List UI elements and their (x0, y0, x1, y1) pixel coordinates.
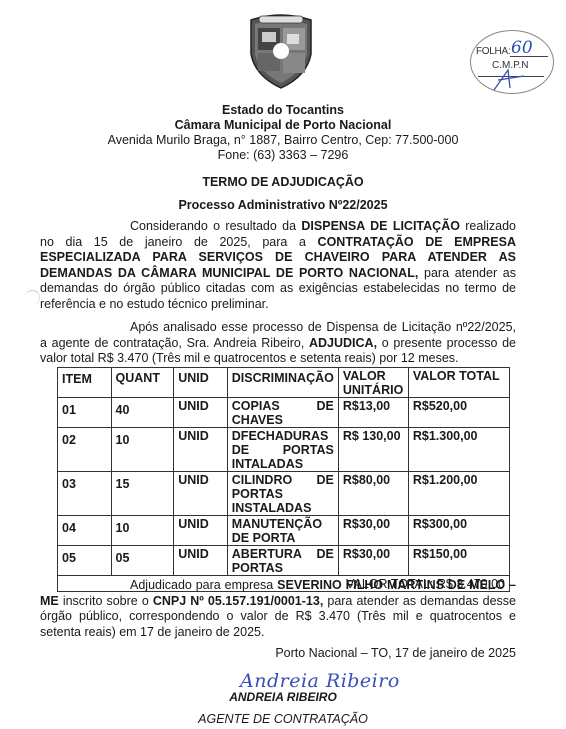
description-cell: MANUTENÇÃO DE PORTA (227, 516, 338, 546)
page-stamp: FOLHA: 60 C.M.P.N (470, 30, 554, 94)
description-cell: ABERTURA DE PORTAS (227, 546, 338, 576)
column-header: DISCRIMINAÇÃO (227, 368, 338, 398)
total-price-cell: R$1.300,00 (408, 428, 509, 472)
description-cell: CILINDRO DE PORTAS INSTALADAS (227, 472, 338, 516)
stamp-line (510, 56, 548, 57)
item-cell: 01 (58, 398, 112, 428)
unit-price-cell: R$30,00 (338, 546, 408, 576)
unit-price-cell: R$80,00 (338, 472, 408, 516)
stamp-page-number: 60 (511, 38, 533, 58)
column-header: VALOR UNITÁRIO (338, 368, 408, 398)
stamp-initials-signature (490, 66, 530, 92)
paragraph-adjudica: Após analisado esse processo de Dispensa… (40, 320, 516, 367)
handwritten-signature: Andreia Ribeiro (240, 670, 400, 692)
quantity-cell: 10 (111, 428, 174, 472)
text: Adjudicado para empresa (130, 578, 277, 592)
unit-price-cell: R$13,00 (338, 398, 408, 428)
total-price-cell: R$1.200,00 (408, 472, 509, 516)
unit-cell: UNID (174, 398, 228, 428)
quantity-cell: 05 (111, 546, 174, 576)
unit-cell: UNID (174, 516, 228, 546)
description-cell: DFECHADURAS DE PORTAS INTALADAS (227, 428, 338, 472)
text: inscrito sobre o (59, 594, 153, 608)
item-cell: 05 (58, 546, 112, 576)
description-cell: COPIAS DE CHAVES (227, 398, 338, 428)
table-row: 0505UNIDABERTURA DE PORTASR$30,00R$150,0… (58, 546, 510, 576)
text-bold: DISPENSA DE LICITAÇÃO (301, 219, 460, 233)
column-header: VALOR TOTAL (408, 368, 509, 398)
quantity-cell: 10 (111, 516, 174, 546)
document-subtitle: Processo Administrativo Nº22/2025 (0, 198, 566, 212)
header-institution: Câmara Municipal de Porto Nacional (0, 118, 566, 132)
quantity-cell: 15 (111, 472, 174, 516)
total-price-cell: R$150,00 (408, 546, 509, 576)
table-row: 0410UNIDMANUTENÇÃO DE PORTAR$30,00R$300,… (58, 516, 510, 546)
item-cell: 03 (58, 472, 112, 516)
items-table: ITEM QUANT UNID DISCRIMINAÇÃO VALOR UNIT… (57, 367, 510, 592)
column-header: ITEM (58, 368, 112, 398)
punch-hole-mark (25, 290, 40, 305)
item-cell: 02 (58, 428, 112, 472)
table-row: 0140UNIDCOPIAS DE CHAVESR$13,00R$520,00 (58, 398, 510, 428)
stamp-label: FOLHA: (476, 46, 510, 57)
paragraph-considerando: Considerando o resultado da DISPENSA DE … (40, 219, 516, 312)
total-price-cell: R$300,00 (408, 516, 509, 546)
unit-price-cell: R$30,00 (338, 516, 408, 546)
table-header-row: ITEM QUANT UNID DISCRIMINAÇÃO VALOR UNIT… (58, 368, 510, 398)
unit-price-cell: R$ 130,00 (338, 428, 408, 472)
unit-cell: UNID (174, 546, 228, 576)
table-row: 0315UNIDCILINDRO DE PORTAS INSTALADASR$8… (58, 472, 510, 516)
paragraph-adjudicado: Adjudicado para empresa SEVERINO FILHO M… (40, 578, 516, 640)
column-header: UNID (174, 368, 228, 398)
column-header: QUANT (111, 368, 174, 398)
signatory-role: AGENTE DE CONTRATAÇÃO (0, 712, 566, 726)
quantity-cell: 40 (111, 398, 174, 428)
document-title: TERMO DE ADJUDICAÇÃO (0, 175, 566, 189)
unit-cell: UNID (174, 472, 228, 516)
company-cnpj: CNPJ Nº 05.157.191/0001-13, (153, 594, 323, 608)
header-phone: Fone: (63) 3363 – 7296 (0, 148, 566, 162)
text: Considerando o resultado da (130, 219, 301, 233)
item-cell: 04 (58, 516, 112, 546)
total-price-cell: R$520,00 (408, 398, 509, 428)
header-address: Avenida Murilo Braga, n° 1887, Bairro Ce… (0, 133, 566, 147)
unit-cell: UNID (174, 428, 228, 472)
header-state: Estado do Tocantins (0, 103, 566, 117)
signatory-name: ANDREIA RIBEIRO (0, 690, 566, 704)
text-bold: ADJUDICA, (309, 336, 377, 350)
place-date: Porto Nacional – TO, 17 de janeiro de 20… (40, 646, 516, 662)
table-row: 0210UNIDDFECHADURAS DE PORTAS INTALADASR… (58, 428, 510, 472)
municipal-crest-logo (247, 10, 315, 90)
